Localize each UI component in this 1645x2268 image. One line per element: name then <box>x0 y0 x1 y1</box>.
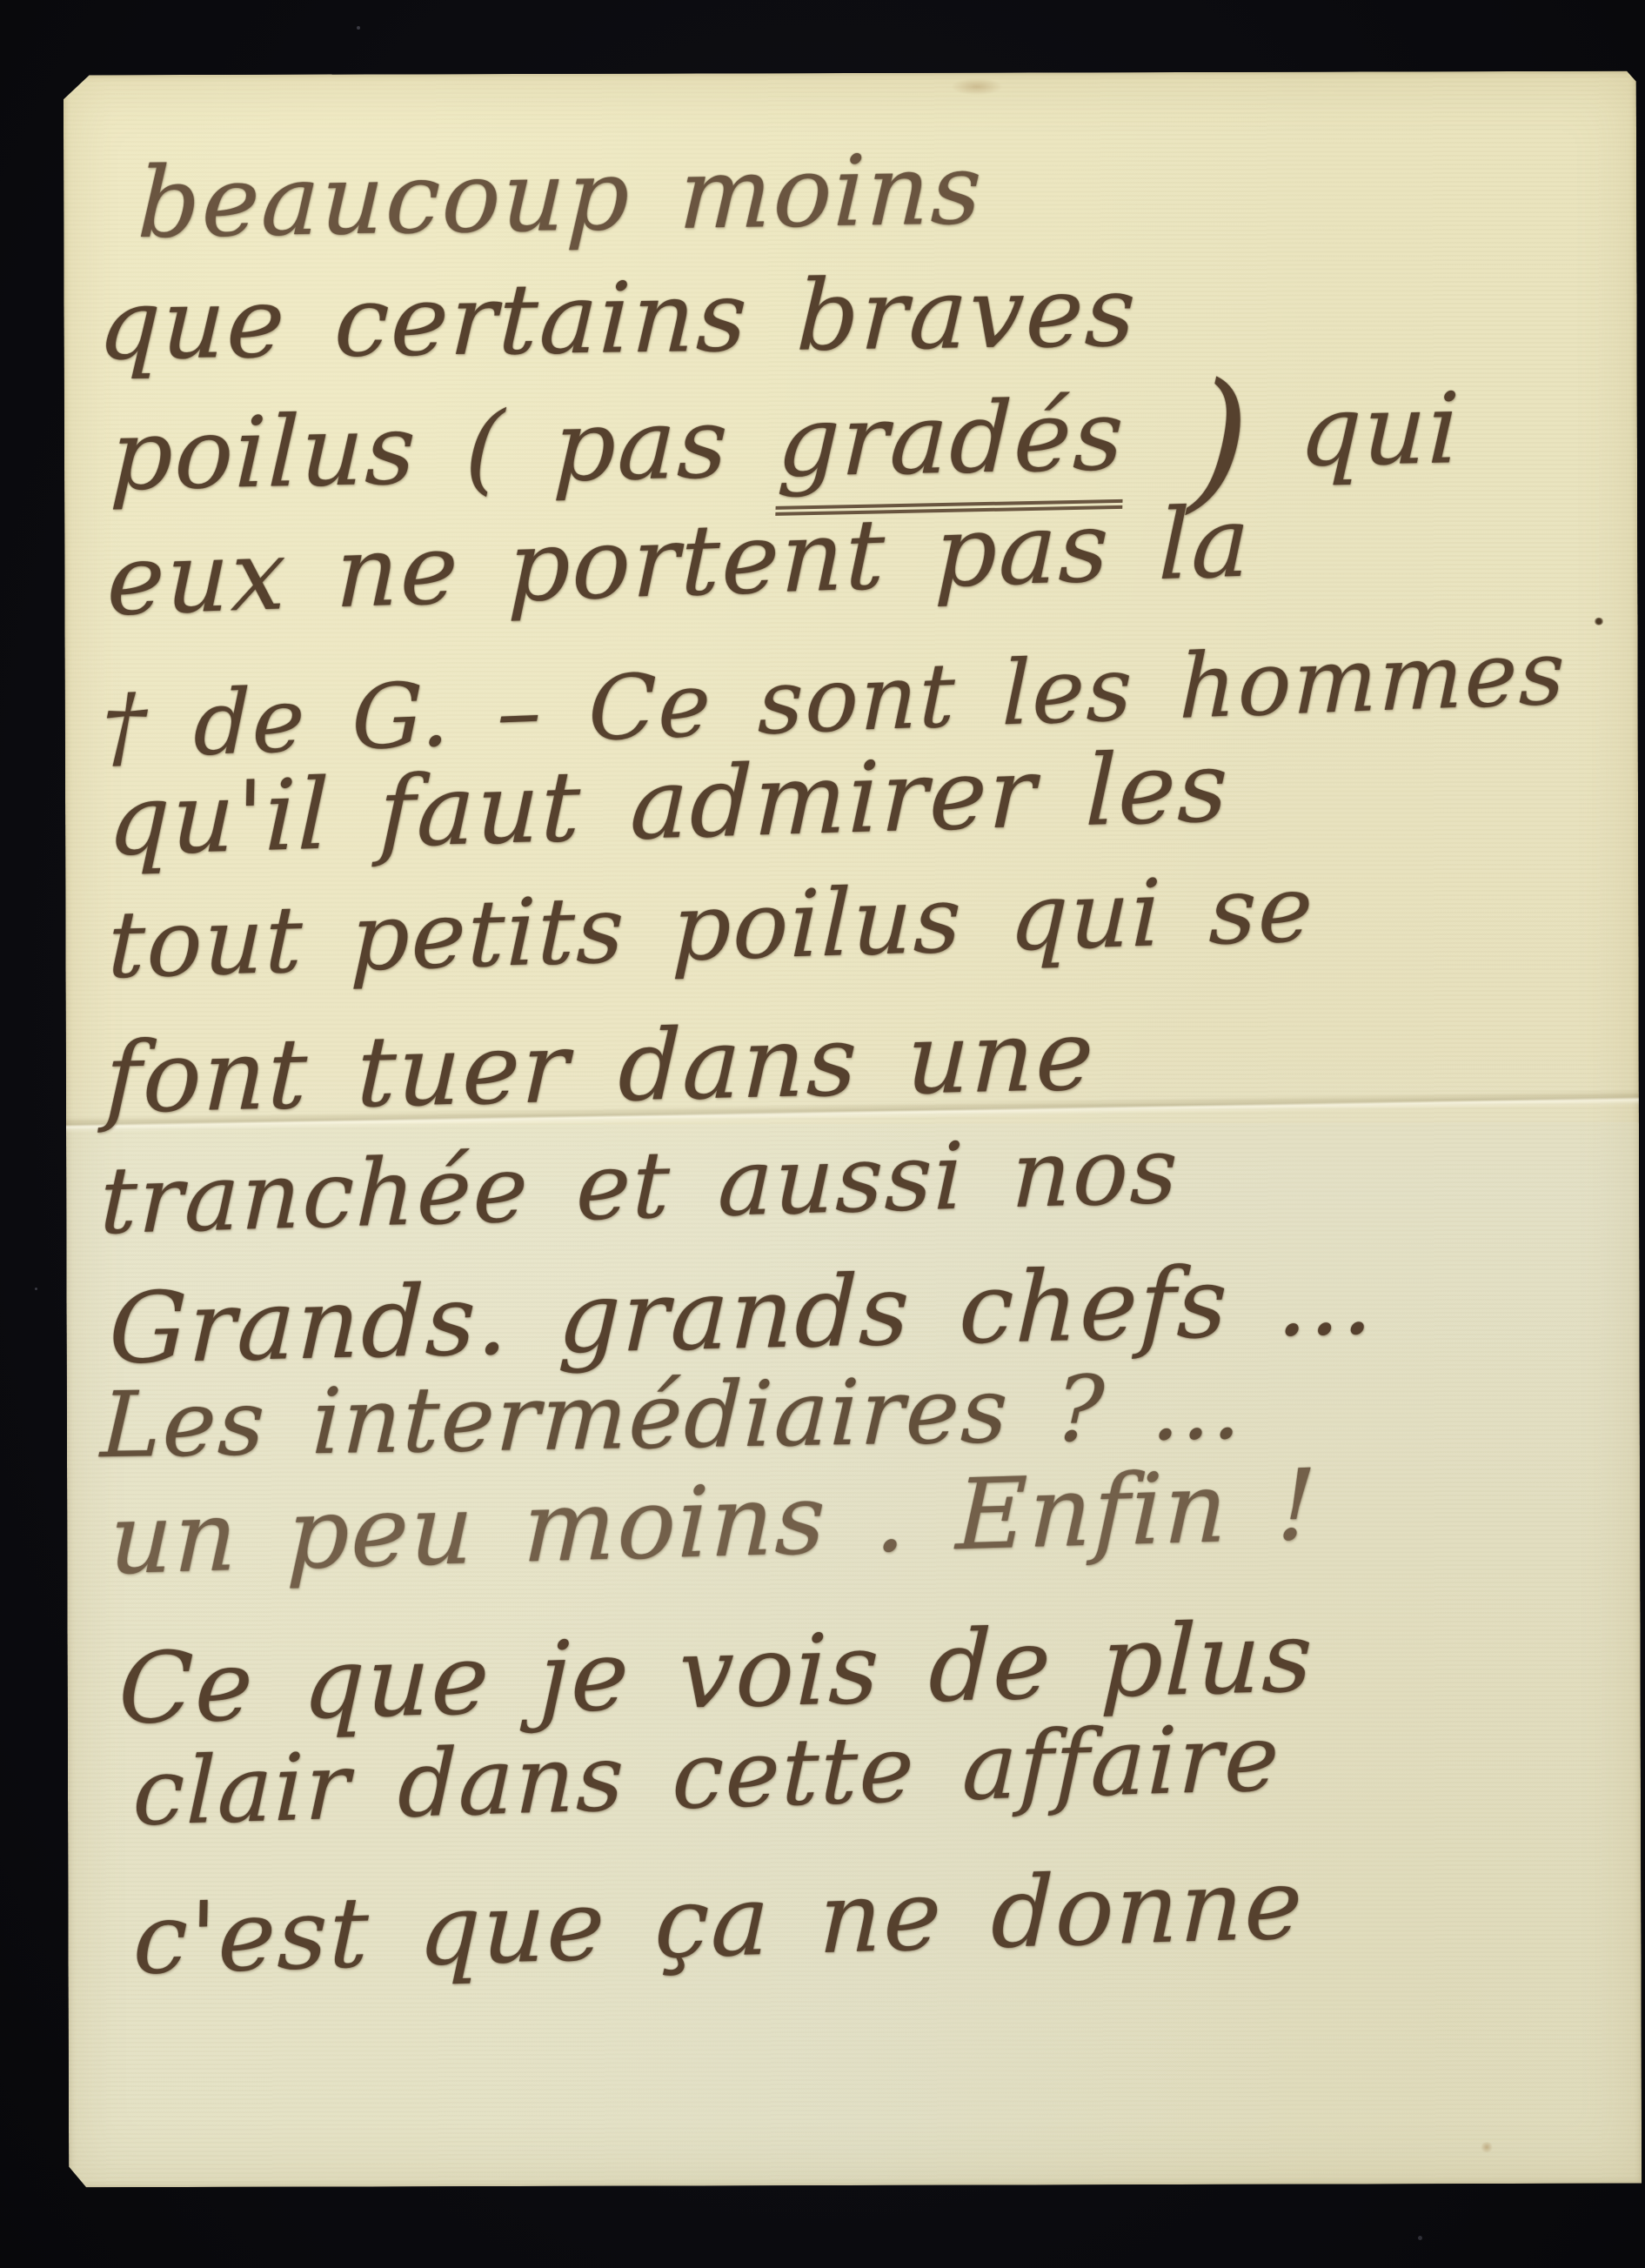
scan-background: { "scan": { "background_color": "#0b0b0f… <box>0 0 1645 2268</box>
handwritten-line: c'est que ça ne donne <box>132 1856 1305 1989</box>
handwritten-line: beaucoup moins <box>136 141 984 252</box>
dust-speck <box>1418 2236 1422 2240</box>
handwritten-line: poilus ( pas gradés ) qui <box>109 380 1462 505</box>
handwritten-line: eux ne portent pas la <box>106 493 1252 630</box>
handwritten-line: tranchée et aussi nos <box>99 1124 1180 1248</box>
dust-speck <box>357 26 360 30</box>
handwritten-line: tout petits poilus qui se <box>107 863 1315 992</box>
dust-speck <box>35 1288 37 1290</box>
line-segment: qui <box>1249 372 1462 490</box>
handwritten-line: que certains braves <box>97 264 1139 375</box>
line-segment: poilus ( pas <box>109 386 779 513</box>
handwritten-line: Les intermédiaires ? ... <box>99 1361 1245 1470</box>
ink-speck <box>1594 618 1603 626</box>
handwritten-line: un peu moins . Enfin ! <box>109 1456 1319 1589</box>
paper-stain <box>1480 2142 1494 2152</box>
paper-stain <box>951 78 1003 96</box>
handwritten-line: font tuer dans une <box>104 1007 1096 1127</box>
letter-paper: beaucoup moins que certains braves poilu… <box>64 71 1642 2188</box>
